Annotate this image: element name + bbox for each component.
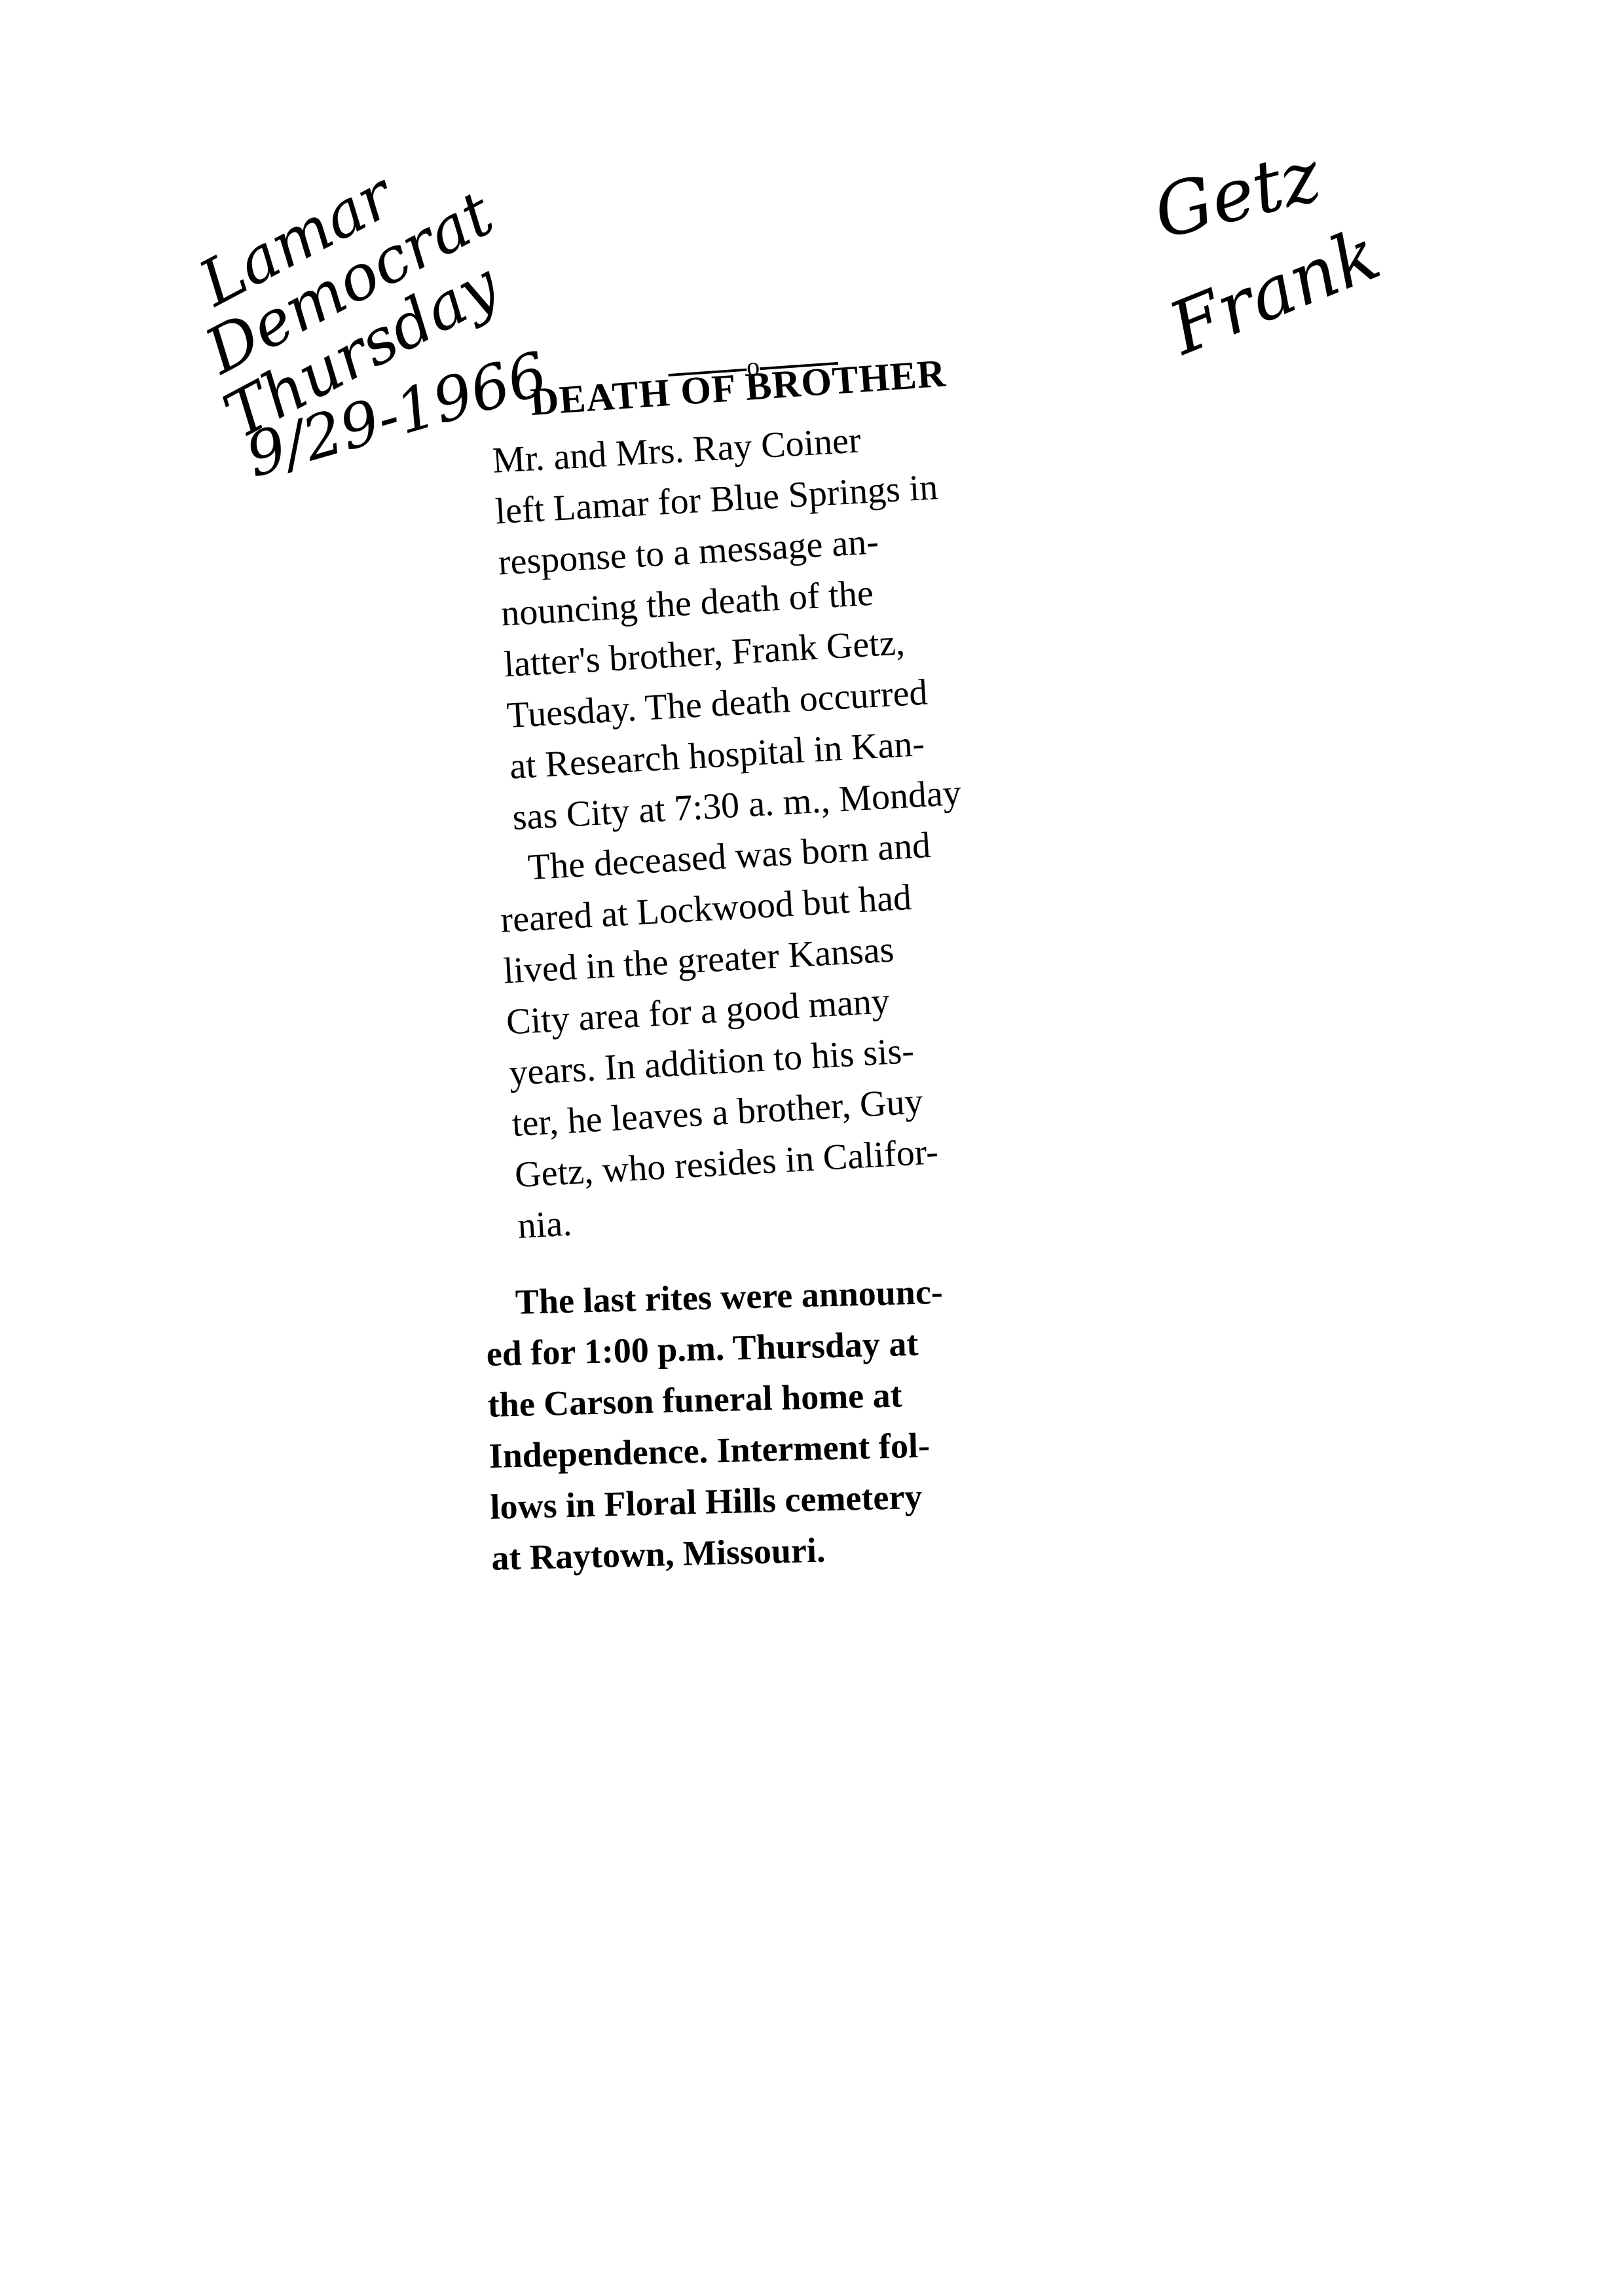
article-paragraph-2: The deceased was born and reared at Lock… — [496, 811, 1114, 1252]
handwritten-name-note: Getz Frank — [1153, 151, 1383, 327]
article-paragraph-1: Mr. and Mrs. Ray Coiner left Lamar for B… — [491, 403, 1102, 843]
newspaper-clipping: o DEATH OF BROTHER Mr. and Mrs. Ray Coin… — [485, 354, 1139, 1584]
article-paragraph-3: The last rites were announc- ed for 1:00… — [485, 1262, 1120, 1584]
